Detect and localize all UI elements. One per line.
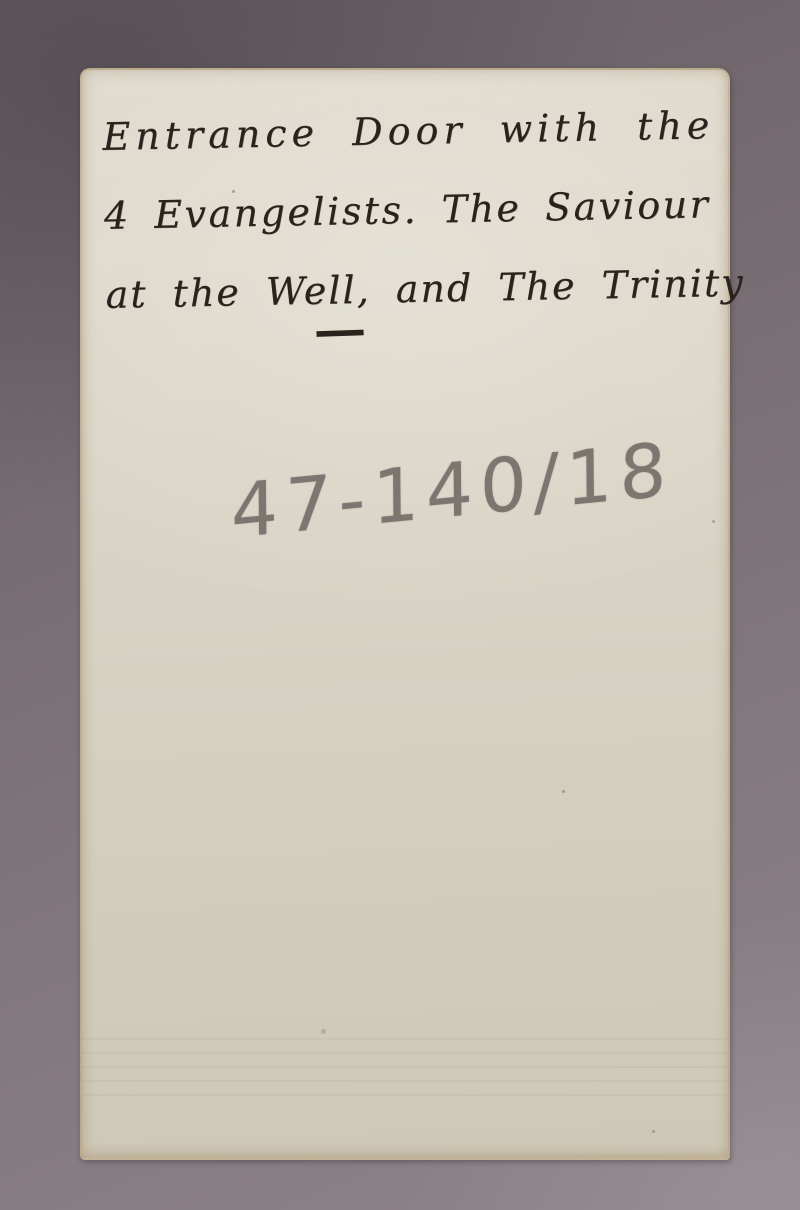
handwritten-card: Entrance Door with the 4 Evangelists. Th… [80, 68, 730, 1160]
pencil-catalog-number: 47-140/18 [231, 427, 674, 556]
foxing-specks [232, 190, 235, 193]
ink-dash-divider: — [313, 301, 368, 359]
paper-texture-band [82, 1038, 728, 1108]
handwritten-caption: Entrance Door with the 4 Evangelists. Th… [102, 86, 718, 335]
caption-line-2: 4 Evangelists. The Saviour [103, 165, 716, 256]
backing-mat: Entrance Door with the 4 Evangelists. Th… [0, 0, 800, 1210]
caption-line-3: at the Well, and The Trinity [105, 244, 718, 335]
caption-line-1: Entrance Door with the [102, 86, 715, 177]
